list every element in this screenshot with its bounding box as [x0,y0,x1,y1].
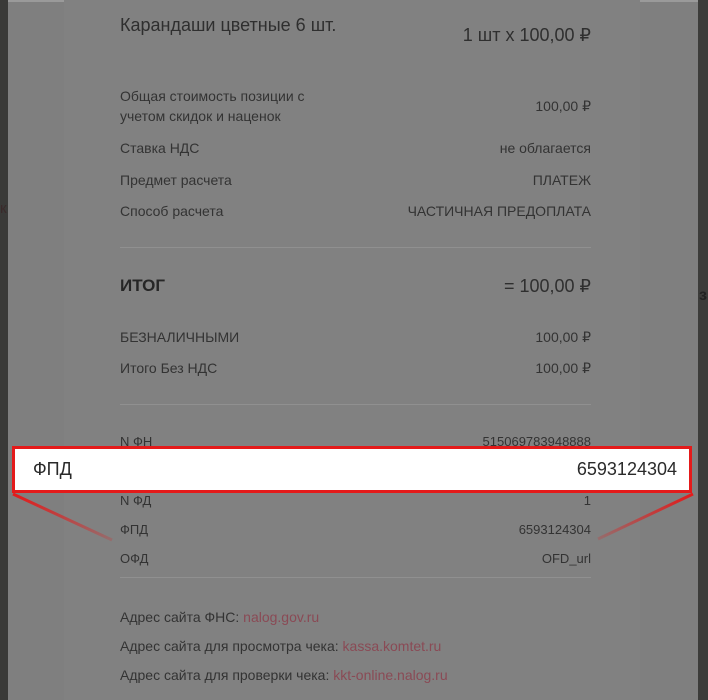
site-label: Адрес сайта для проверки чека: [120,667,333,683]
detail-row: Ставка НДС не облагается [120,138,591,158]
detail-row: Способ расчета ЧАСТИЧНАЯ ПРЕДОПЛАТА [120,201,591,221]
fiscal-label: ОФД [120,549,148,569]
site-row: Адрес сайта ФНС: nalog.gov.ru [120,607,591,627]
background-peek-text-left: к [0,200,7,217]
site-row: Адрес сайта для просмотра чека: kassa.ko… [120,636,591,656]
callout-value: 6593124304 [577,459,677,480]
fiscal-label: ФПД [120,520,148,540]
site-link-fns[interactable]: nalog.gov.ru [243,609,319,625]
detail-label: Предмет расчета [120,170,232,190]
payment-label: Итого Без НДС [120,358,217,378]
site-link-check-receipt[interactable]: kkt-online.nalog.ru [333,667,447,683]
right-window-edge [698,0,708,700]
site-link-view-receipt[interactable]: kassa.komtet.ru [343,638,442,654]
fiscal-value: 6593124304 [519,520,591,540]
detail-row: Предмет расчета ПЛАТЕЖ [120,170,591,190]
fiscal-row: N ФД 1 [120,491,591,511]
payment-row: БЕЗНАЛИЧНЫМИ 100,00 ₽ [120,327,591,347]
detail-label: Способ расчета [120,201,223,221]
divider [120,247,591,248]
left-window-edge [0,0,8,700]
fiscal-row: ФПД 6593124304 [120,520,591,540]
fiscal-row: ОФД OFD_url [120,549,591,569]
divider [120,404,591,405]
detail-row: Общая стоимость позиции с учетом скидок … [120,86,591,126]
total-label: ИТОГ [120,276,165,296]
payment-value: 100,00 ₽ [535,327,591,347]
item-name: Карандаши цветные 6 шт. [120,14,350,36]
fiscal-label: N ФД [120,491,151,511]
callout-label: ФПД [33,459,72,480]
fiscal-value: OFD_url [542,549,591,569]
item-quantity-price: 1 шт х 100,00 ₽ [463,24,591,46]
detail-value: ЧАСТИЧНАЯ ПРЕДОПЛАТА [408,201,591,221]
fiscal-value: 1 [584,491,591,511]
fpd-highlight-callout: ФПД 6593124304 [12,446,692,493]
total-value: = 100,00 ₽ [504,276,591,297]
payment-label: БЕЗНАЛИЧНЫМИ [120,327,239,347]
item-header: Карандаши цветные 6 шт. 1 шт х 100,00 ₽ [120,14,591,46]
background-peek-text-right: з [699,287,707,305]
site-label: Адрес сайта ФНС: [120,609,243,625]
payment-row: Итого Без НДС 100,00 ₽ [120,358,591,378]
detail-value: ПЛАТЕЖ [533,170,591,190]
detail-value: 100,00 ₽ [535,96,591,116]
detail-value: не облагается [500,138,591,158]
site-row: Адрес сайта для проверки чека: kkt-onlin… [120,665,591,685]
site-label: Адрес сайта для просмотра чека: [120,638,343,654]
total-row: ИТОГ = 100,00 ₽ [120,276,591,297]
payment-value: 100,00 ₽ [535,358,591,378]
divider [120,577,591,578]
detail-label: Ставка НДС [120,138,199,158]
detail-label: Общая стоимость позиции с учетом скидок … [120,86,340,126]
